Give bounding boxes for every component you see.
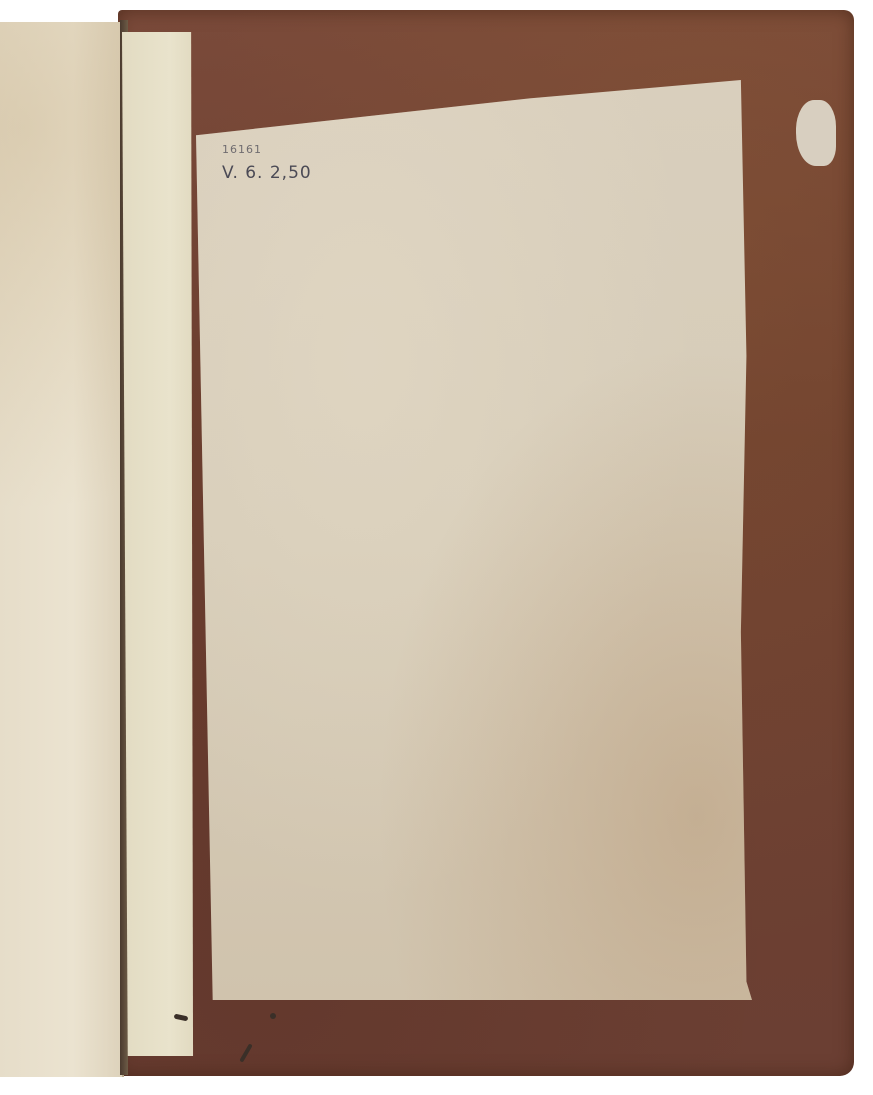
handwritten-shelfmark: 16161 V. 6. 2,50 <box>222 144 312 182</box>
shelfmark-line-1: 16161 <box>222 144 312 155</box>
book-photograph: 16161 V. 6. 2,50 <box>0 0 873 1095</box>
worn-leather-patch <box>796 100 836 166</box>
shelfmark-line-2: V. 6. 2,50 <box>222 165 312 182</box>
pin-mark <box>270 1013 276 1019</box>
pastedown-paper <box>196 80 752 1000</box>
flyleaf-page <box>0 22 124 1077</box>
